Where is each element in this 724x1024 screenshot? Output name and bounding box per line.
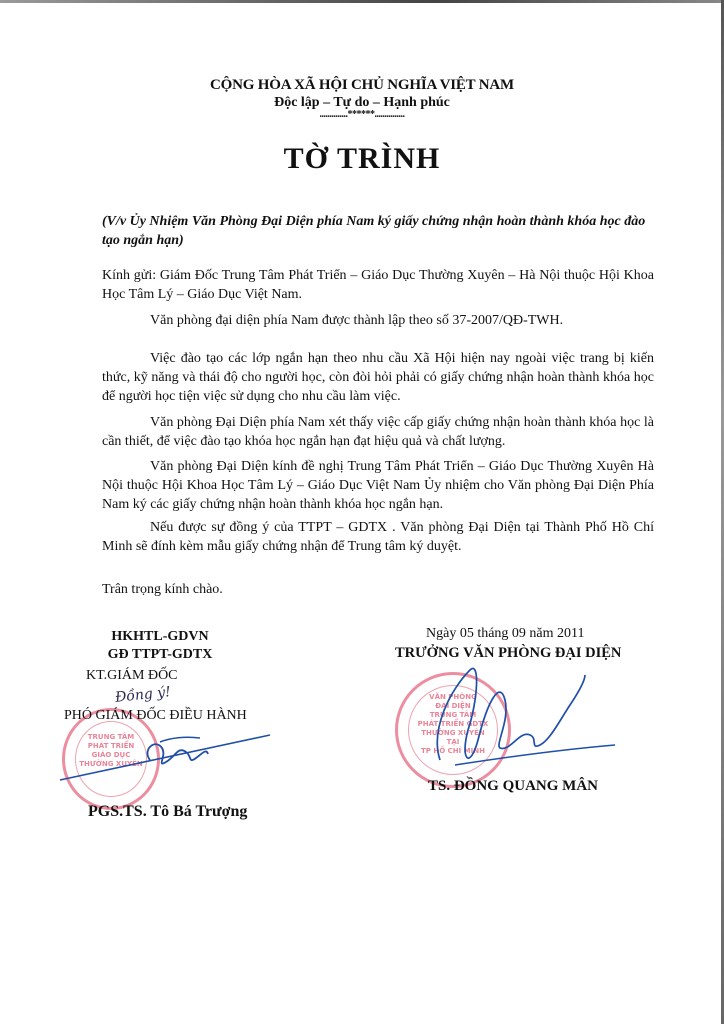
left-org-line2: GĐ TTPT-GDTX (90, 647, 230, 663)
handwritten-approval: Đồng ý! (114, 684, 171, 706)
right-signer-name: TS. ĐỒNG QUANG MÂN (428, 778, 598, 795)
paragraph-text: Văn phòng Đại Diện phía Nam xét thấy việ… (102, 415, 654, 449)
recipient-line: Kính gửi: Giám Đốc Trung Tâm Phát Triển … (102, 266, 654, 304)
stamp-text-left: TRUNG TÂM PHÁT TRIỂN GIÁO DỤC THƯỜNG XUY… (79, 733, 143, 769)
body-paragraph: Văn phòng đại diện phía Nam được thành l… (102, 311, 654, 330)
paragraph-text: Văn phòng đại diện phía Nam được thành l… (150, 313, 563, 328)
body-paragraph: Văn phòng Đại Diện phía Nam xét thấy việ… (102, 413, 654, 451)
body-paragraph: Việc đào tạo các lớp ngắn hạn theo nhu c… (102, 349, 654, 406)
header-decoration: ..............******............... (0, 109, 724, 120)
recipient-text: Kính gửi: Giám Đốc Trung Tâm Phát Triển … (102, 268, 654, 302)
closing-line: Trân trọng kính chào. (102, 582, 223, 598)
right-signer-position: TRƯỞNG VĂN PHÒNG ĐẠI DIỆN (395, 645, 621, 662)
national-title: CỘNG HÒA XÃ HỘI CHỦ NGHĨA VIỆT NAM (0, 77, 724, 94)
paragraph-text: Nếu được sự đồng ý của TTPT – GDTX . Văn… (102, 520, 654, 554)
document-date: Ngày 05 tháng 09 năm 2011 (426, 626, 585, 642)
on-behalf-label: KT.GIÁM ĐỐC (86, 668, 178, 684)
document-title: TỜ TRÌNH (0, 142, 724, 176)
red-stamp-right: VĂN PHÒNG ĐẠI DIỆN TRUNG TÂM PHÁT TRIỂN … (395, 672, 511, 788)
vice-director-title: PHÓ GIÁM ĐỐC ĐIỀU HÀNH (64, 708, 247, 724)
scan-edge-top (0, 0, 724, 3)
document-subject: (V/v Ủy Nhiệm Văn Phòng Đại Diện phía Na… (102, 212, 662, 250)
body-paragraph: Nếu được sự đồng ý của TTPT – GDTX . Văn… (102, 518, 654, 556)
left-signer-name: PGS.TS. Tô Bá Trượng (88, 803, 247, 821)
paragraph-text: Việc đào tạo các lớp ngắn hạn theo nhu c… (102, 351, 654, 404)
body-paragraph: Văn phòng Đại Diện kính đề nghị Trung Tâ… (102, 457, 654, 514)
paragraph-text: Văn phòng Đại Diện kính đề nghị Trung Tâ… (102, 459, 654, 512)
left-org-line1: HKHTL-GDVN (90, 629, 230, 645)
stamp-text-right: VĂN PHÒNG ĐẠI DIỆN TRUNG TÂM PHÁT TRIỂN … (416, 693, 490, 756)
